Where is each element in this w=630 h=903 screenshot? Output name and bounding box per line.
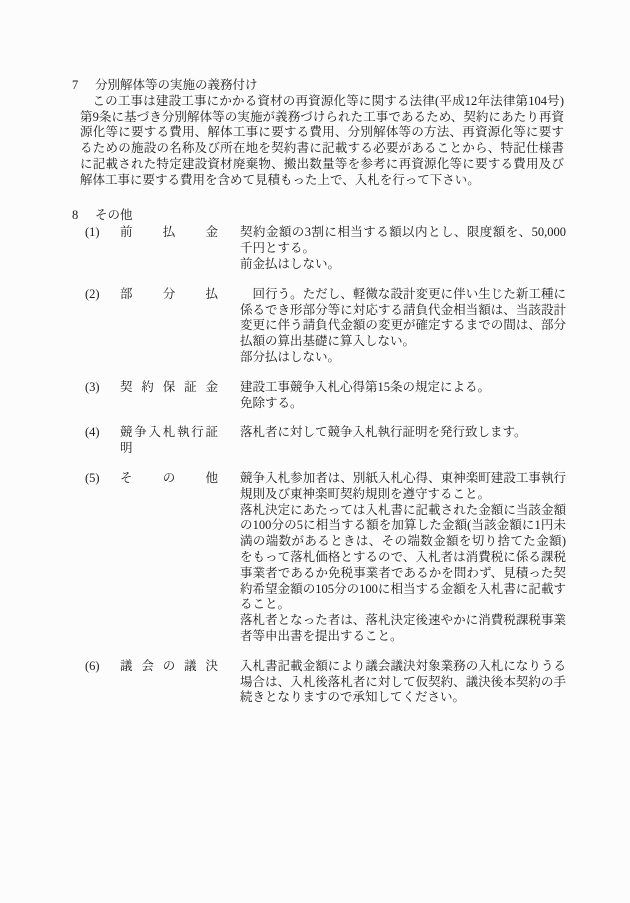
item-paragraph: 回行う。ただし、軽微な設計変更に伴い生じた新工種に係るでき形部分等に対応する請負…	[240, 287, 566, 350]
item-number: (3)	[85, 380, 120, 396]
section-8-title: その他	[95, 208, 580, 224]
section-7-number: 7	[72, 78, 95, 94]
item-number: (6)	[85, 659, 120, 675]
section-7-title: 分別解体等の実施の義務付け	[95, 78, 580, 94]
item-paragraph: 落札者となった者は、落札決定後速やかに消費税課税事業者等申出書を提出すること。	[240, 613, 566, 645]
item-paragraph: 契約金額の3割に相当する額以内とし、限度額を、50,000千円とする。	[240, 225, 566, 257]
section-8-number: 8	[72, 208, 95, 224]
item-paragraph: 部分払はしない。	[240, 350, 566, 366]
item-paragraph: 建設工事競争入札心得第15条の規定による。	[240, 380, 566, 396]
item-content: 建設工事競争入札心得第15条の規定による。 免除する。	[240, 380, 566, 412]
section-7-demolition-obligation: 7 分別解体等の実施の義務付け この工事は建設工事にかかる資材の再資源化等に関す…	[70, 78, 580, 189]
item-content: 回行う。ただし、軽微な設計変更に伴い生じた新工種に係るでき形部分等に対応する請負…	[240, 287, 566, 366]
item-content: 入札書記載金額により議会議決対象業務の入札になりうる場合は、入札後落札者に対して…	[240, 659, 566, 706]
section-8-heading: 8 その他	[70, 208, 580, 224]
item-5-other: (5) その他 競争入札参加者は、別紙入札心得、東神楽町建設工事執行規則及び東神…	[70, 471, 580, 645]
item-content: 競争入札参加者は、別紙入札心得、東神楽町建設工事執行規則及び東神楽町契約規則を遵…	[240, 471, 566, 645]
item-paragraph: 免除する。	[240, 396, 566, 412]
section-8-other-matters: 8 その他 (1) 前払金 契約金額の3割に相当する額以内とし、限度額を、50,…	[70, 208, 580, 707]
item-paragraph: 落札者に対して競争入札執行証明を発行致します。	[240, 425, 566, 441]
section-8-item-list: (1) 前払金 契約金額の3割に相当する額以内とし、限度額を、50,000千円と…	[70, 225, 580, 706]
section-7-body-paragraph: この工事は建設工事にかかる資材の再資源化等に関する法律(平成12年法律第104号…	[80, 94, 564, 189]
document-page: 7 分別解体等の実施の義務付け この工事は建設工事にかかる資材の再資源化等に関す…	[0, 0, 630, 903]
item-number: (2)	[85, 287, 120, 303]
item-label: 契約保証金	[120, 380, 218, 396]
item-label: 競争入札執行証明	[120, 425, 218, 457]
item-paragraph: 競争入札参加者は、別紙入札心得、東神楽町建設工事執行規則及び東神楽町契約規則を遵…	[240, 471, 566, 503]
item-label: 部分払	[120, 287, 218, 303]
item-2-partial-payment: (2) 部分払 回行う。ただし、軽微な設計変更に伴い生じた新工種に係るでき形部分…	[70, 287, 580, 366]
section-7-heading: 7 分別解体等の実施の義務付け	[70, 78, 580, 94]
item-label: 議会の議決	[120, 659, 218, 675]
item-paragraph: 入札書記載金額により議会議決対象業務の入札になりうる場合は、入札後落札者に対して…	[240, 659, 566, 706]
item-paragraph: 前金払はしない。	[240, 257, 566, 273]
item-content: 契約金額の3割に相当する額以内とし、限度額を、50,000千円とする。 前金払は…	[240, 225, 566, 272]
item-content: 落札者に対して競争入札執行証明を発行致します。	[240, 425, 566, 441]
item-4-bid-execution-certificate: (4) 競争入札執行証明 落札者に対して競争入札執行証明を発行致します。	[70, 425, 580, 457]
item-number: (4)	[85, 425, 120, 441]
item-paragraph: 落札決定にあたっては入札書に記載された金額に当該金額の100分の5に相当する額を…	[240, 503, 566, 614]
item-label: その他	[120, 471, 218, 487]
item-number: (5)	[85, 471, 120, 487]
item-6-assembly-resolution: (6) 議会の議決 入札書記載金額により議会議決対象業務の入札になりうる場合は、…	[70, 659, 580, 706]
item-number: (1)	[85, 225, 120, 241]
item-label: 前払金	[120, 225, 218, 241]
item-3-contract-deposit: (3) 契約保証金 建設工事競争入札心得第15条の規定による。 免除する。	[70, 380, 580, 412]
item-1-advance-payment: (1) 前払金 契約金額の3割に相当する額以内とし、限度額を、50,000千円と…	[70, 225, 580, 272]
